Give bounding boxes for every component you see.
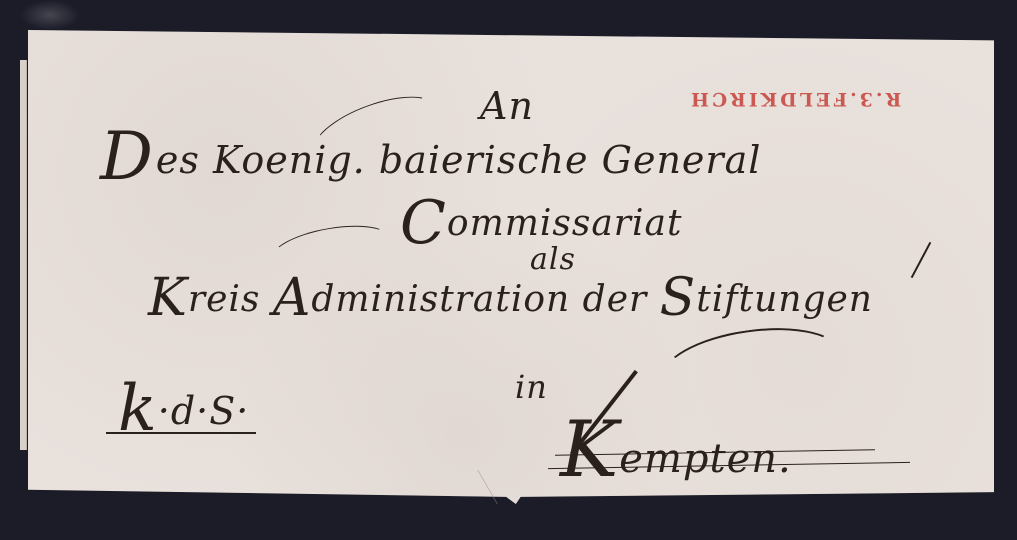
destination-city: Kempten. bbox=[560, 405, 792, 495]
address-in: in bbox=[515, 368, 548, 406]
decorative-initial: S bbox=[660, 268, 697, 328]
destination-city-text: empten. bbox=[619, 436, 791, 482]
service-annotation: k·d·S· bbox=[118, 372, 249, 446]
address-line-3: Kreis Administration der Stiftungen bbox=[148, 268, 873, 328]
annotation-underline bbox=[106, 432, 256, 434]
decorative-initial: D bbox=[100, 118, 154, 195]
decorative-initial: C bbox=[400, 188, 447, 258]
red-postmark: R.3.FELDKIRCH bbox=[688, 88, 901, 110]
decorative-initial: k bbox=[118, 372, 158, 446]
address-line-2-text: ommissariat bbox=[447, 203, 683, 244]
address-line-3-text: tiftungen bbox=[696, 279, 873, 320]
address-line-3-text: reis bbox=[188, 279, 273, 320]
address-line-1-text: es Koenig. baierische General bbox=[156, 138, 761, 182]
decorative-initial: K bbox=[560, 405, 619, 495]
address-line-1: Des Koenig. baierische General bbox=[100, 124, 761, 190]
decorative-initial: K bbox=[148, 268, 188, 328]
decorative-initial: A bbox=[273, 268, 312, 328]
address-line-3-text: dministration der bbox=[311, 279, 659, 320]
annotation-text: ·d·S· bbox=[158, 389, 250, 433]
background-light-reflection bbox=[20, 0, 80, 30]
paper-fold-edge bbox=[20, 60, 27, 450]
salutation-an: An bbox=[480, 84, 534, 128]
